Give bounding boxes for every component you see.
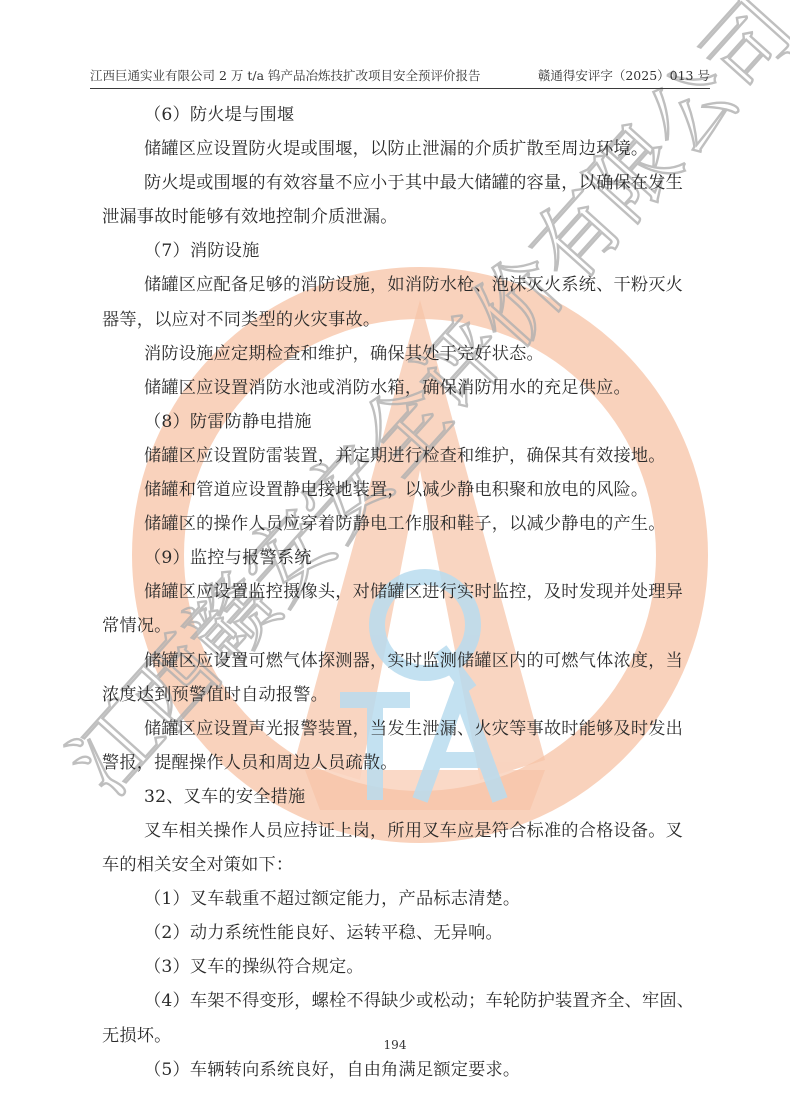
- paragraph-line: 叉车相关操作人员应持证上岗，所用叉车应是符合标准的合格设备。叉: [102, 814, 702, 848]
- paragraph-line: 防火堤或围堰的有效容量不应小于其中最大储罐的容量，以确保在发生: [102, 166, 702, 200]
- paragraph-line: 储罐区应设置可燃气体探测器，实时监测储罐区内的可燃气体浓度，当: [102, 644, 702, 678]
- report-title: 江西巨通实业有限公司 2 万 t/a 钨产品冶炼技扩改项目安全预评价报告: [90, 66, 481, 84]
- paragraph-line: 储罐区应设置声光报警装置，当发生泄漏、火灾等事故时能够及时发出: [102, 712, 702, 746]
- paragraph-line: 储罐区应设置监控摄像头，对储罐区进行实时监控，及时发现并处理异: [102, 575, 702, 609]
- header-divider: [90, 88, 710, 89]
- paragraph-line: （3）叉车的操纵符合规定。: [102, 950, 702, 984]
- paragraph-line: 常情况。: [102, 609, 702, 643]
- paragraph-line: （2）动力系统性能良好、运转平稳、无异响。: [102, 916, 702, 950]
- paragraph-line: 储罐区应设置防雷装置，并定期进行检查和维护，确保其有效接地。: [102, 439, 702, 473]
- paragraph-line: 车的相关安全对策如下：: [102, 848, 702, 882]
- section-heading: （9）监控与报警系统: [102, 541, 702, 575]
- paragraph-line: 泄漏事故时能够有效地控制介质泄漏。: [102, 200, 702, 234]
- section-heading: 32、叉车的安全措施: [102, 780, 702, 814]
- report-number: 赣通得安评字（2025）013 号: [538, 66, 710, 84]
- paragraph-line: 浓度达到预警值时自动报警。: [102, 678, 702, 712]
- section-heading: （8）防雷防静电措施: [102, 405, 702, 439]
- document-body: （6）防火堤与围堰储罐区应设置防火堤或围堰，以防止泄漏的介质扩散至周边环境。防火…: [102, 98, 702, 1087]
- paragraph-line: 警报，提醒操作人员和周边人员疏散。: [102, 746, 702, 780]
- paragraph-line: 器等，以应对不同类型的火灾事故。: [102, 303, 702, 337]
- page-header: 江西巨通实业有限公司 2 万 t/a 钨产品冶炼技扩改项目安全预评价报告 赣通得…: [90, 66, 710, 86]
- section-heading: （6）防火堤与围堰: [102, 98, 702, 132]
- paragraph-line: （4）车架不得变形，螺栓不得缺少或松动；车轮防护装置齐全、牢固、: [102, 984, 702, 1018]
- paragraph-line: 消防设施应定期检查和维护，确保其处于完好状态。: [102, 337, 702, 371]
- paragraph-line: 储罐区应配备足够的消防设施，如消防水枪、泡沫灭火系统、干粉灭火: [102, 268, 702, 302]
- paragraph-line: 储罐区应设置消防水池或消防水箱，确保消防用水的充足供应。: [102, 371, 702, 405]
- paragraph-line: （5）车辆转向系统良好，自由角满足额定要求。: [102, 1053, 702, 1087]
- section-heading: （7）消防设施: [102, 234, 702, 268]
- paragraph-line: 储罐区应设置防火堤或围堰，以防止泄漏的介质扩散至周边环境。: [102, 132, 702, 166]
- page-number: 194: [0, 1038, 790, 1052]
- paragraph-line: 储罐区的操作人员应穿着防静电工作服和鞋子，以减少静电的产生。: [102, 507, 702, 541]
- paragraph-line: 储罐和管道应设置静电接地装置，以减少静电积聚和放电的风险。: [102, 473, 702, 507]
- paragraph-line: （1）叉车载重不超过额定能力，产品标志清楚。: [102, 882, 702, 916]
